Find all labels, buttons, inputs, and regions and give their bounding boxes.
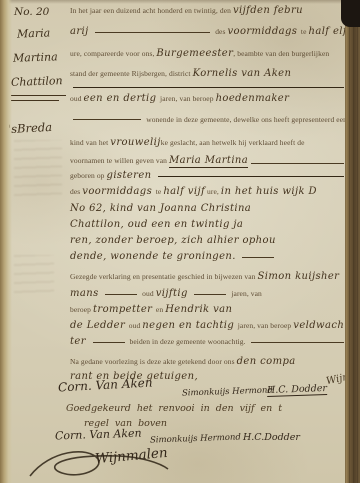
handwritten-text: vrouwelij <box>110 137 160 148</box>
handwritten-text: dende, wonende te groningen. <box>70 251 239 262</box>
act-number: No. 20 <box>14 6 49 18</box>
printed-text: beiden in deze gemeente woonachtig. <box>128 337 248 346</box>
printed-text: te <box>301 27 309 36</box>
act-text-line <box>70 87 347 92</box>
printed-text: , beambte van den burgerlijken <box>233 49 329 58</box>
ink-rule <box>73 87 344 88</box>
act-text-line: In het jaar een duizend acht honderd en … <box>70 5 347 16</box>
signature-comparant: Corn. Van Aken <box>55 426 142 442</box>
printed-text: kind van het <box>70 138 110 147</box>
handwritten-text: mans <box>70 288 102 299</box>
act-text-line: ren, zonder beroep, zich alhier ophou <box>70 235 347 246</box>
printed-text: ke geslacht, aan hetwelk hij verklaard h… <box>161 138 305 147</box>
handwritten-text: trompetter <box>93 304 156 315</box>
page-top-shadow <box>0 0 360 4</box>
handwritten-name-underlined: Maria Martina <box>169 155 248 168</box>
act-text-line: voornamen te willen geven van Maria Mart… <box>70 155 347 168</box>
registry-act-page: No. 20 Maria Martina Chattilon 'sBreda I… <box>0 0 360 483</box>
printed-text: ure, compareerde voor ons, <box>70 49 156 58</box>
ink-rule <box>251 342 344 343</box>
printed-text: Na gedane voorlezing is deze akte geteke… <box>70 357 237 366</box>
handwritten-text: een en dertig <box>84 93 161 104</box>
printed-text: te <box>156 187 164 196</box>
margin-ink-rule <box>11 100 59 101</box>
printed-text: jaren, van beroep <box>238 321 294 330</box>
handwritten-text: de Ledder <box>70 320 129 331</box>
printed-text: des <box>70 187 82 196</box>
margin-child-name-line: Maria <box>17 26 51 40</box>
handwritten-text: No 62, kind van Joanna Christina <box>70 203 251 214</box>
handwritten-text: Chattilon, oud een en twintig ja <box>70 219 243 230</box>
act-text-line: mans oud vijftig jaren, van <box>70 288 347 299</box>
handwritten-text: half elf <box>309 26 348 37</box>
act-text-line: kind van het vrouwelijke geslacht, aan h… <box>70 137 347 148</box>
printed-text: oud <box>129 321 143 330</box>
printed-text: oud <box>70 94 84 103</box>
handwritten-text: voormiddags <box>227 26 300 37</box>
printed-text: des <box>213 27 227 36</box>
printed-text: jaren, van beroep <box>160 94 216 103</box>
signature-witness: H.C.Dodder <box>243 432 300 443</box>
printed-text: en <box>156 305 165 314</box>
bleed-through-ghost <box>14 140 62 200</box>
ink-rule <box>95 32 210 33</box>
handwritten-text: Simon kuijsher <box>258 271 340 282</box>
handwritten-text: Kornelis van Aken <box>193 68 292 79</box>
corner-ink-mark <box>341 0 360 27</box>
handwritten-text: den compa <box>237 356 296 367</box>
printed-text: Gezegde verklaring en presentatie geschi… <box>70 272 258 281</box>
printed-text: stand der gemeente Rijsbergen, district <box>70 69 193 78</box>
act-text-line: beroep trompetter en Hendrik van <box>70 304 347 315</box>
printed-text: jaren, van <box>229 289 262 298</box>
act-text-line: des voormiddags te half vijf ure, in het… <box>70 186 347 197</box>
ink-dash <box>194 294 226 295</box>
act-text-line: arij des voormiddags te half elf <box>70 26 347 37</box>
handwritten-text: hoedenmaker <box>216 93 290 104</box>
act-text-line: dende, wonende te groningen. <box>70 251 347 262</box>
handwritten-text: gisteren <box>107 170 156 181</box>
act-text-line: No 62, kind van Joanna Christina <box>70 203 347 214</box>
printed-text: In het jaar een duizend acht honderd en … <box>70 6 233 15</box>
handwritten-text: in het huis wijk D <box>221 186 317 197</box>
act-text-line: oud een en dertig jaren, van beroep hoed… <box>70 93 347 104</box>
handwritten-text: vijfden febru <box>233 5 303 16</box>
act-text-line: ter beiden in deze gemeente woonachtig. <box>70 336 347 347</box>
act-text-line: Gezegde verklaring en presentatie geschi… <box>70 271 347 282</box>
act-text-line: de Ledder oud negen en tachtig jaren, va… <box>70 320 347 331</box>
margin-ink-rule <box>11 95 66 96</box>
margin-child-name-line: Chattilon <box>11 74 63 89</box>
handwritten-text: ter <box>70 336 90 347</box>
handwritten-text: half vijf <box>163 186 205 197</box>
printed-text: ure, <box>205 187 221 196</box>
signature-witness: Simonkuijs Hermond <box>182 385 273 398</box>
handwritten-text: veldwach <box>293 320 344 331</box>
margin-child-name-line: Martina <box>13 50 58 65</box>
page-stack-edge <box>345 0 360 483</box>
printed-text: oud <box>140 289 156 298</box>
margin-place-note: 'sBreda <box>8 120 53 136</box>
act-text-line: ure, compareerde voor ons, Burgemeester,… <box>70 48 347 59</box>
act-text-line: geboren op gisteren <box>70 170 347 181</box>
signature-witness: Simonkuijs Hermond <box>150 432 241 445</box>
handwritten-text: Burgemeester <box>156 48 233 59</box>
handwritten-text: vijftig <box>156 288 192 299</box>
printed-text: geboren op <box>70 171 107 180</box>
handwritten-text: arij <box>70 26 92 37</box>
act-text-line: wonende in deze gemeente, dewelke ons he… <box>70 115 347 124</box>
signature-witness: H.C. Dodder <box>267 383 327 397</box>
ink-dash <box>105 294 137 295</box>
bleed-through-ghost <box>14 255 54 295</box>
handwritten-text: negen en tachtig <box>142 320 237 331</box>
handwritten-text: ren, zonder beroep, zich alhier ophou <box>70 235 276 246</box>
ink-rule <box>251 163 344 164</box>
approval-note-line: Goedgekeurd het renvooi in den vijf en t <box>66 403 282 414</box>
handwritten-text: voormiddags <box>82 186 155 197</box>
handwritten-text: Hendrik van <box>165 304 232 315</box>
ink-rule <box>158 176 344 177</box>
book-binding-edge <box>0 0 12 483</box>
act-text-line: Chattilon, oud een en twintig ja <box>70 219 347 230</box>
ink-dash <box>242 257 274 258</box>
printed-text: voornamen te willen geven van <box>70 156 169 165</box>
printed-text: wonende in deze gemeente, dewelke ons he… <box>144 115 347 124</box>
act-text-line: stand der gemeente Rijsbergen, district … <box>70 68 347 79</box>
ink-dash <box>93 342 125 343</box>
act-text-line: Na gedane voorlezing is deze akte geteke… <box>70 356 347 367</box>
ink-rule <box>73 119 141 120</box>
printed-text: beroep <box>70 305 93 314</box>
